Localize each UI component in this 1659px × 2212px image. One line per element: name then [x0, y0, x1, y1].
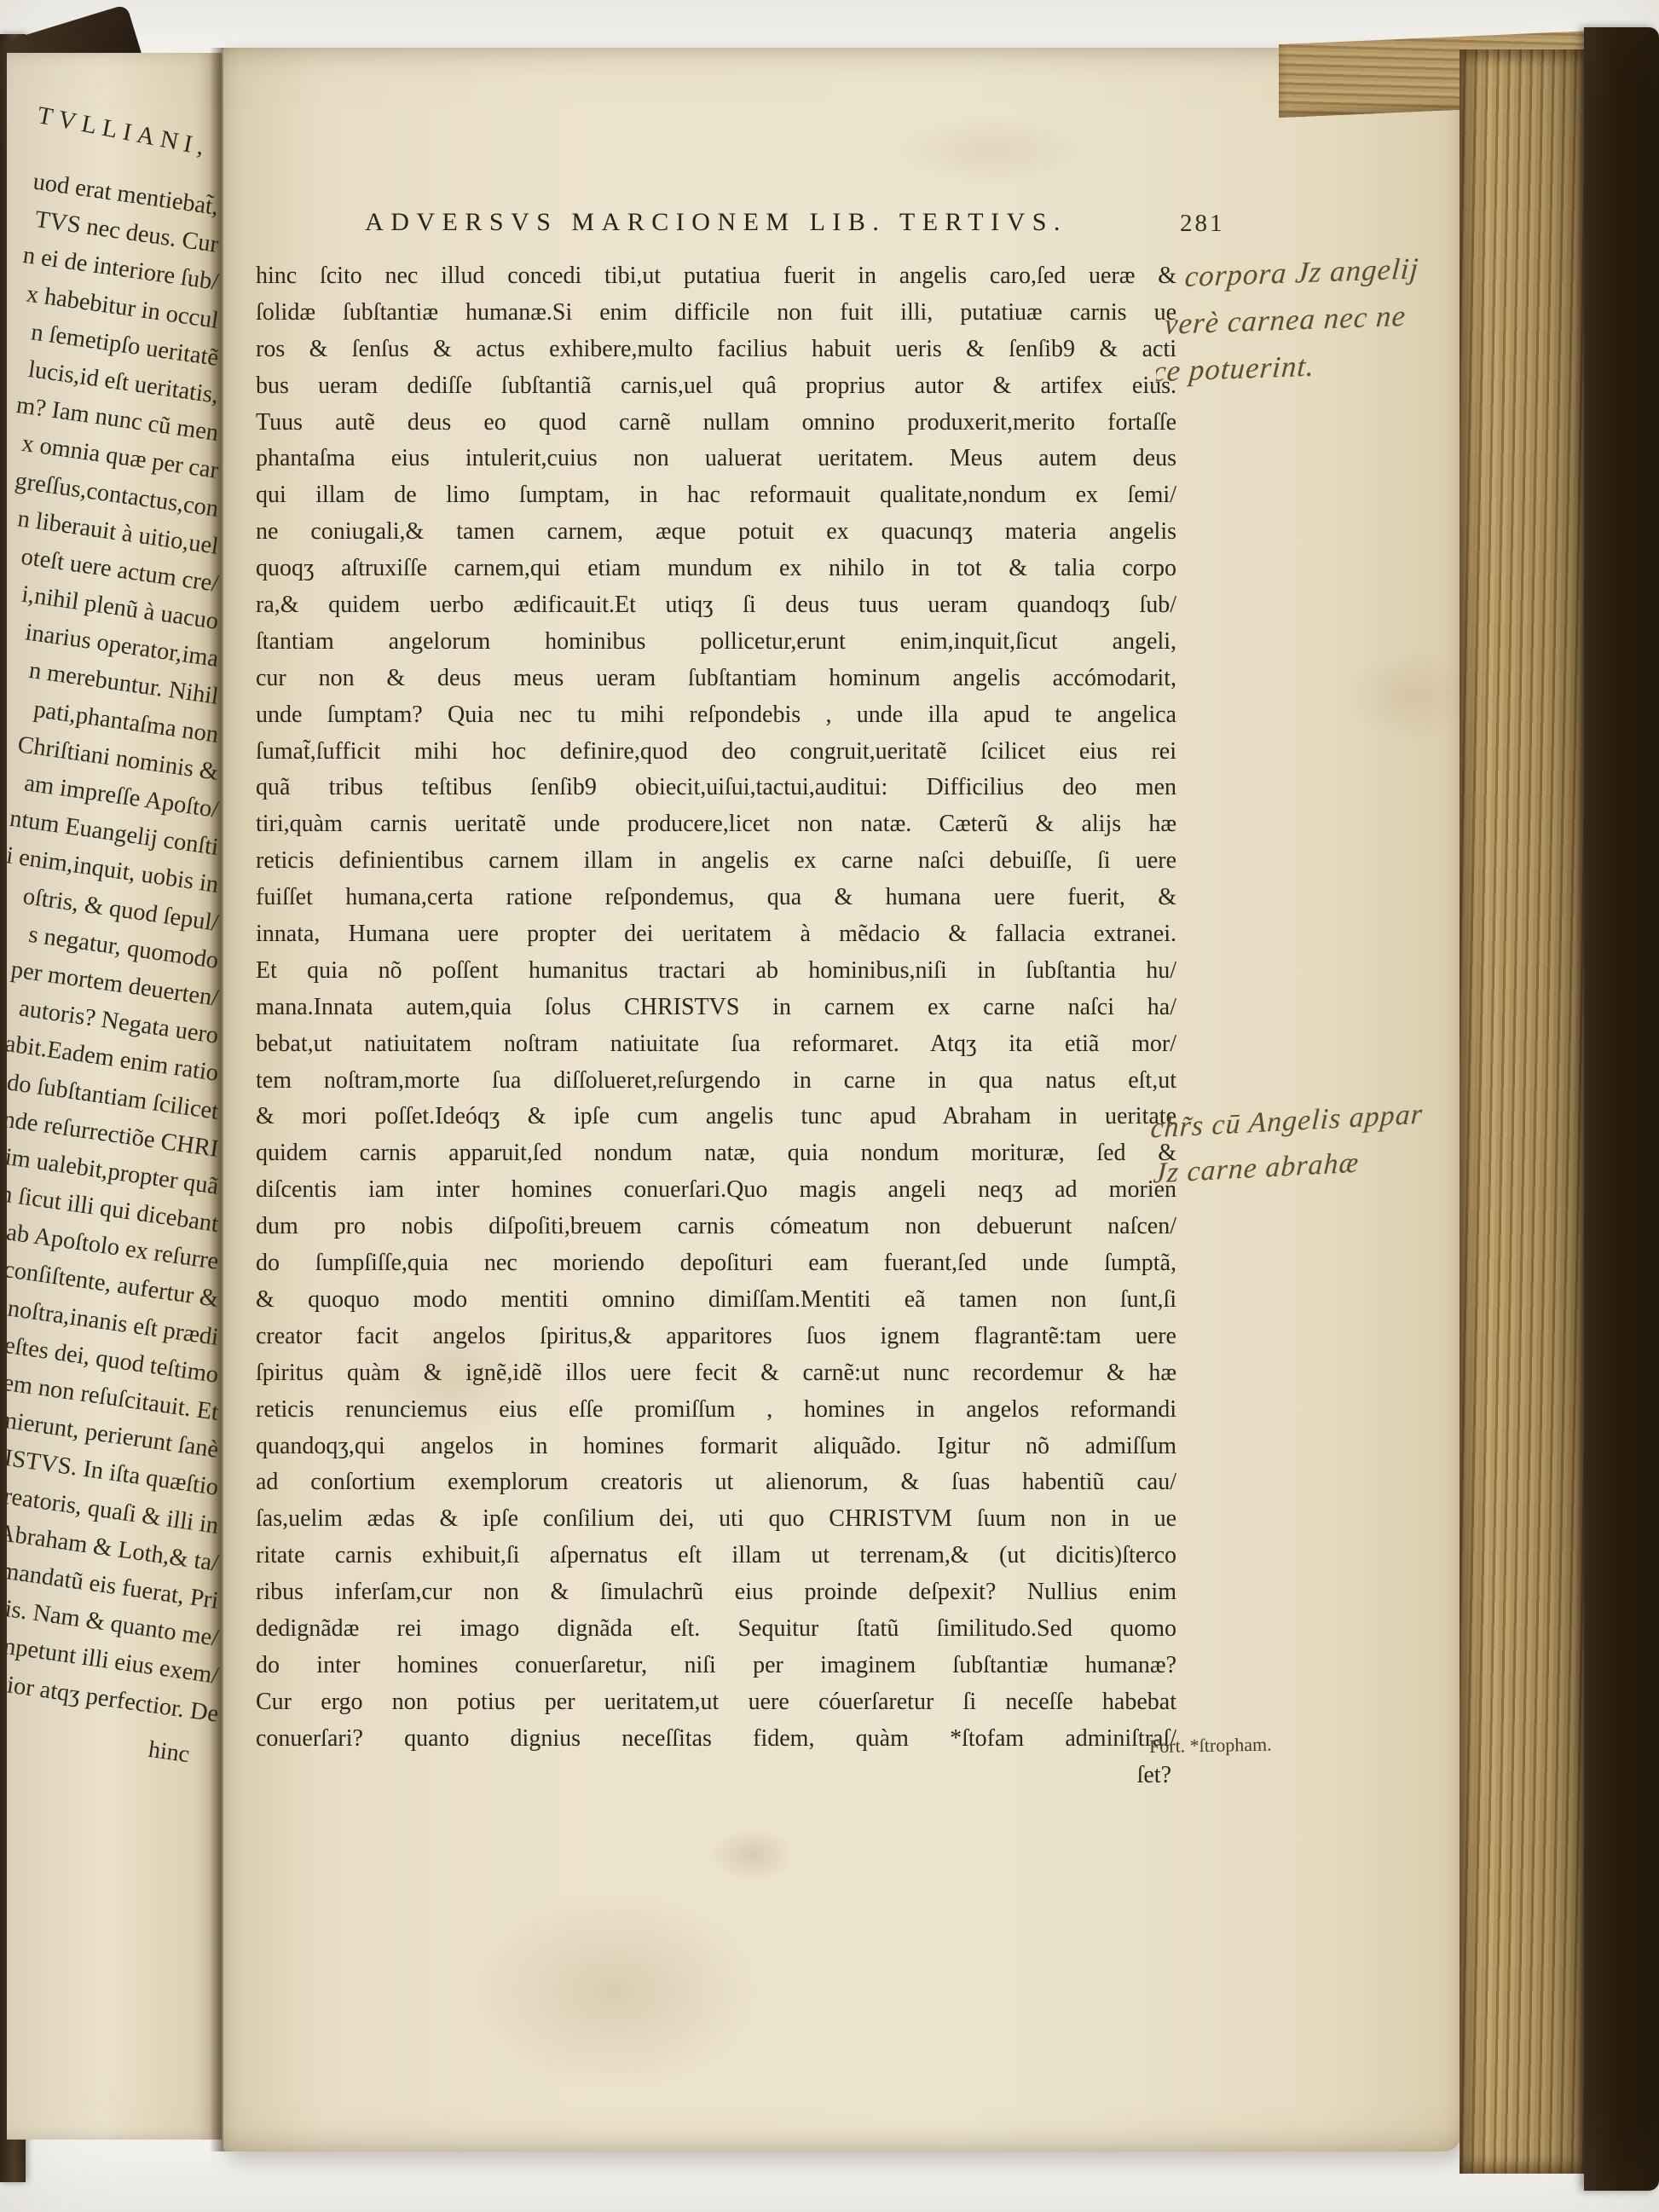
body-line: tem noſtram,morte ſua diſſolueret,reſurg… — [256, 1063, 1176, 1100]
body-line: do inter homines conuerſaretur, niſi per… — [256, 1648, 1176, 1684]
body-line: phantaſma eius intulerit,cuius non ualue… — [256, 441, 1176, 477]
body-last-line: ſet? — [256, 1758, 1176, 1794]
body-line: Tuus autẽ deus eo quod carnẽ nullam omni… — [256, 405, 1176, 442]
left-page-catchword: hinc — [147, 1736, 191, 1769]
left-page: TVLLIANI, uod erat mentiebat̃,TVS nec de… — [7, 53, 222, 2140]
body-line: & quoquo modo mentiti omnino dimiſſam.Me… — [256, 1282, 1176, 1319]
body-line: dedignãdæ rei imago dignãda eſt. Sequitu… — [256, 1611, 1176, 1648]
body-line: bus ueram dediſſe ſubſtantiã carnis,uel … — [256, 368, 1176, 405]
page-running-title: ADVERSVS MARCIONEM LIB. TERTIVS. — [256, 208, 1176, 237]
body-line: qui illam de limo ſumptam, in hac reform… — [256, 477, 1176, 514]
body-line: diſcentis iam inter homines conuerſari.Q… — [256, 1172, 1176, 1209]
body-line: Et quia nõ poſſent humanitus tractari ab… — [256, 953, 1176, 990]
body-text: hinc ſcito nec illud concedi tibi,ut put… — [256, 258, 1176, 1793]
body-line: tiri,quàm carnis ueritatẽ unde producere… — [256, 806, 1176, 843]
left-page-running-title: TVLLIANI, — [7, 83, 212, 162]
body-line: quandoqʒ,qui angelos in homines formarit… — [256, 1429, 1176, 1465]
page-block-fore-edge — [1460, 49, 1589, 2174]
body-line: creator facit angelos ſpiritus,& apparit… — [256, 1319, 1176, 1355]
body-line: fuiſſet humana,certa ratione reſpondemus… — [256, 880, 1176, 916]
body-line: ne coniugali,& tamen carnem, æque potuit… — [256, 514, 1176, 551]
body-line: ad conſortium exemplorum creatoris ut al… — [256, 1464, 1176, 1501]
body-line: ritate carnis exhibuit,ſi aſpernatus eſt… — [256, 1538, 1176, 1574]
body-line: unde ſumptam? Quia nec tu mihi reſpondeb… — [256, 697, 1176, 734]
body-line: ſumat̃,ſufficit mihi hoc definire,quod d… — [256, 734, 1176, 771]
body-line: mana.Innata autem,quia ſolus CHRISTVS in… — [256, 990, 1176, 1026]
body-line: ſolidæ ſubſtantiæ humanæ.Si enim diffici… — [256, 295, 1176, 332]
handwritten-note-middle: chr̃s cū Angelis apparJz carne abrahæ — [1149, 1098, 1461, 1195]
handwritten-note-top: corpora Jz angelijverè carnea nec nece p… — [1156, 249, 1456, 389]
page-number: 281 — [1180, 210, 1225, 238]
body-line: reticis renunciemus eius eſſe promiſſum … — [256, 1392, 1176, 1429]
body-line: ſas,uelim ædas & ipſe conſilium dei, uti… — [256, 1501, 1176, 1538]
body-line: hinc ſcito nec illud concedi tibi,ut put… — [256, 258, 1176, 295]
body-line: do ſumpſiſſe,quia nec moriendo depoſitur… — [256, 1245, 1176, 1282]
printed-margin-note: Fort. *ſtropham. — [1149, 1732, 1354, 1758]
body-lines: hinc ſcito nec illud concedi tibi,ut put… — [256, 258, 1176, 1758]
book-photo: TVLLIANI, uod erat mentiebat̃,TVS nec de… — [0, 0, 1659, 2212]
body-line: ribus inferſam,cur non & ſimulachrũ eius… — [256, 1574, 1176, 1611]
body-line: bebat,ut natiuitatem noſtram natiuitate … — [256, 1026, 1176, 1063]
body-line: quoqʒ aſtruxiſſe carnem,qui etiam mundum… — [256, 551, 1176, 587]
body-line: Cur ergo non potius per ueritatem,ut uer… — [256, 1684, 1176, 1721]
body-line: dum pro nobis diſpoſiti,breuem carnis có… — [256, 1209, 1176, 1245]
body-line: reticis definientibus carnem illam in an… — [256, 843, 1176, 880]
body-line: ros & ſenſus & actus exhibere,multo faci… — [256, 332, 1176, 368]
body-line: ſpiritus quàm & ignẽ,idẽ illos uere feci… — [256, 1355, 1176, 1392]
left-page-lines: uod erat mentiebat̃,TVS nec deus. Curn e… — [7, 189, 218, 1734]
body-line: innata, Humana uere propter dei ueritate… — [256, 916, 1176, 953]
back-cover — [1584, 27, 1659, 2191]
body-line: ſtantiam angelorum hominibus pollicetur,… — [256, 624, 1176, 661]
body-line: quidem carnis apparuit,ſed nondum natæ, … — [256, 1135, 1176, 1172]
body-line: quã tribus teſtibus ſenſib9 obiecit,uiſu… — [256, 770, 1176, 806]
body-line: conuerſari? quanto dignius neceſſitas fi… — [256, 1721, 1176, 1758]
body-line: & mori poſſet.Ideóqʒ & ipſe cum angelis … — [256, 1099, 1176, 1135]
body-line: cur non & deus meus ueram ſubſtantiam ho… — [256, 661, 1176, 697]
body-line: ra,& quidem uerbo ædificauit.Et utiqʒ ſi… — [256, 587, 1176, 624]
